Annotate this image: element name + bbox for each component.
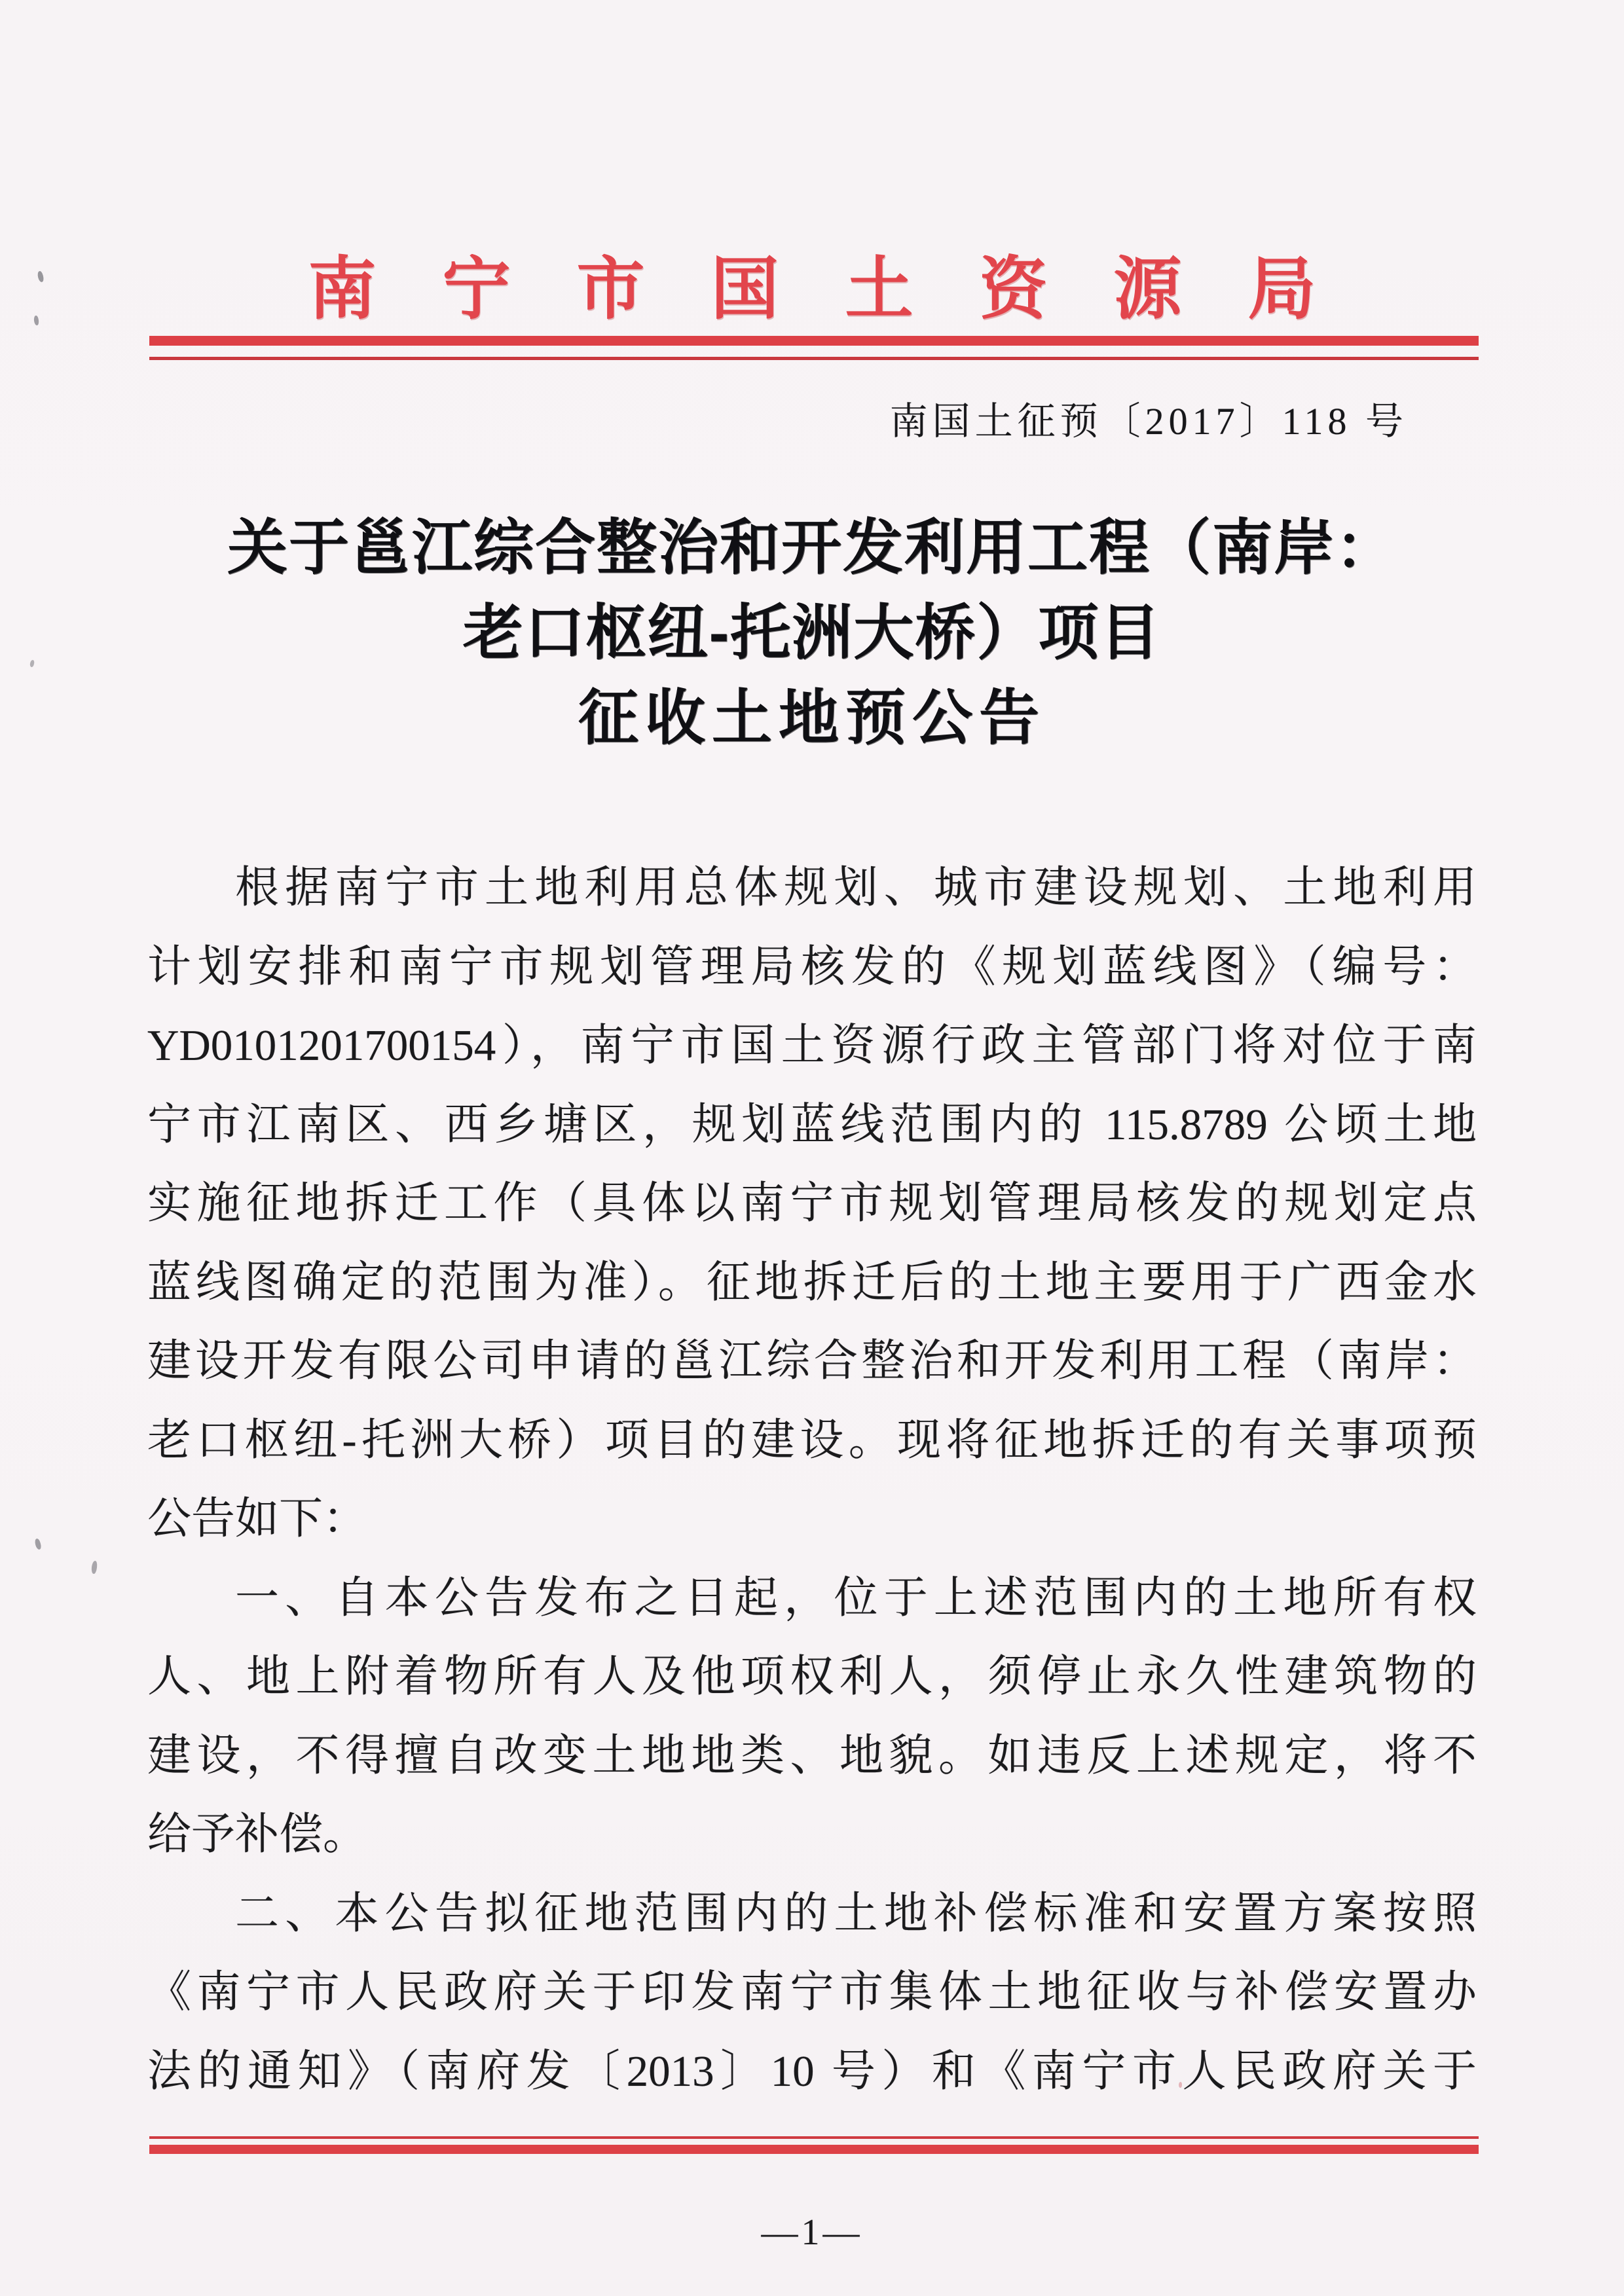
body-line: 建设，不得擅自改变土地地类、地貌。如违反上述规定，将不 bbox=[147, 1717, 1477, 1796]
body-line: 蓝线图确定的范围为准）。征地拆迁后的土地主要用于广西金水 bbox=[147, 1243, 1477, 1322]
scanned-document-page: 南宁市国土资源局 南国土征预〔2017〕118 号 关于邕江综合整治和开发利用工… bbox=[0, 0, 1624, 2296]
document-title: 关于邕江综合整治和开发利用工程（南岸： 老口枢纽-托洲大桥）项目 征收土地预公告 bbox=[0, 505, 1624, 761]
body-line: 实施征地拆迁工作（具体以南宁市规划管理局核发的规划定点 bbox=[147, 1164, 1477, 1243]
scan-artifact-speck bbox=[91, 1561, 98, 1575]
body-line: 计划安排和南宁市规划管理局核发的《规划蓝线图》（编号： bbox=[147, 928, 1477, 1007]
letterhead-rule-thin bbox=[149, 357, 1479, 360]
body-line: 法的通知》（南府发〔2013〕10 号）和《南宁市人民政府关于 bbox=[147, 2032, 1477, 2111]
body-line: 建设开发有限公司申请的邕江综合整治和开发利用工程（南岸： bbox=[147, 1322, 1477, 1401]
document-body: 根据南宁市土地利用总体规划、城市建设规划、土地利用 计划安排和南宁市规划管理局核… bbox=[147, 848, 1477, 2111]
letterhead-rule-thick bbox=[149, 336, 1479, 346]
body-line: YD0101201700154），南宁市国土资源行政主管部门将对位于南 bbox=[147, 1006, 1477, 1085]
scan-artifact-speck bbox=[1179, 2082, 1182, 2088]
document-title-line-3: 征收土地预公告 bbox=[0, 676, 1624, 761]
agency-letterhead-title: 南宁市国土资源局 bbox=[0, 250, 1624, 331]
scan-artifact-speck bbox=[34, 1538, 42, 1550]
document-title-line-2: 老口枢纽-托洲大桥）项目 bbox=[0, 591, 1624, 676]
body-line: 公告如下： bbox=[147, 1480, 1477, 1559]
footer-rule-thin bbox=[149, 2136, 1479, 2139]
body-line: 《南宁市人民政府关于印发南宁市集体土地征收与补偿安置办 bbox=[147, 1953, 1477, 2032]
body-line: 人、地上附着物所有人及他项权利人，须停止永久性建筑物的 bbox=[147, 1637, 1477, 1717]
body-line: 宁市江南区、西乡塘区，规划蓝线范围内的 115.8789 公顷土地 bbox=[147, 1085, 1477, 1165]
body-line: 给予补偿。 bbox=[147, 1795, 1477, 1874]
document-reference-number: 南国土征预〔2017〕118 号 bbox=[890, 390, 1408, 445]
footer-rule-thick bbox=[149, 2145, 1479, 2154]
body-line: 二、本公告拟征地范围内的土地补偿标准和安置方案按照 bbox=[147, 1874, 1477, 1954]
body-line: 老口枢纽-托洲大桥）项目的建设。现将征地拆迁的有关事项预 bbox=[147, 1401, 1477, 1480]
document-title-line-1: 关于邕江综合整治和开发利用工程（南岸： bbox=[0, 505, 1624, 591]
page-number: —1— bbox=[0, 2212, 1624, 2253]
body-line: 根据南宁市土地利用总体规划、城市建设规划、土地利用 bbox=[147, 848, 1477, 928]
body-line: 一、自本公告发布之日起，位于上述范围内的土地所有权 bbox=[147, 1559, 1477, 1638]
